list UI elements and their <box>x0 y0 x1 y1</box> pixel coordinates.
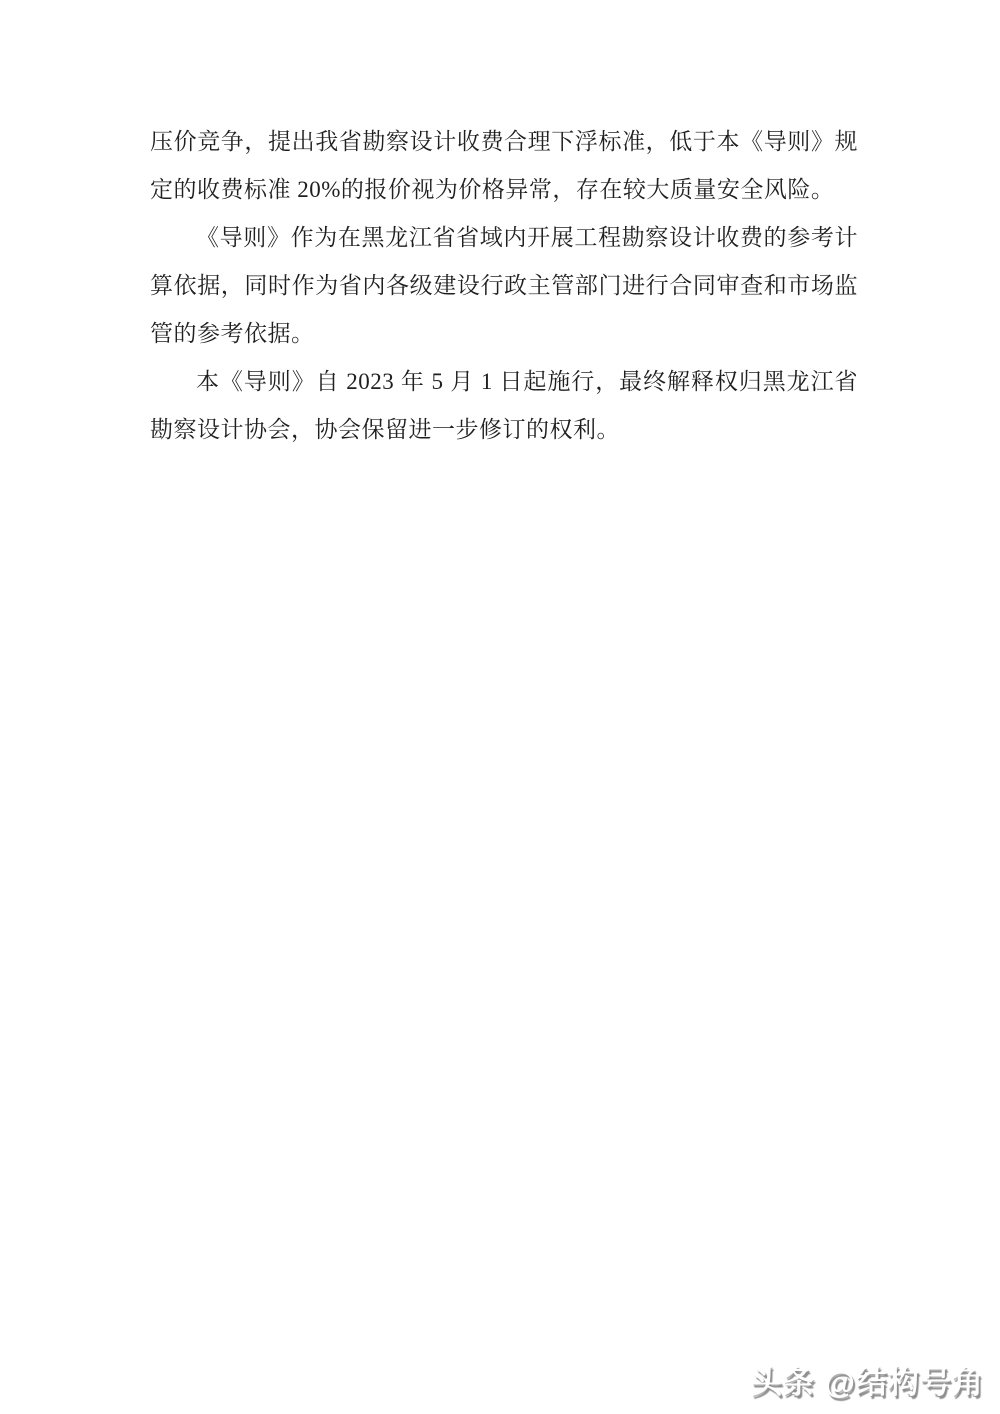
text-line: 压价竞争，提出我省勘察设计收费合理下浮标准，低于本《导则》规 <box>150 118 858 166</box>
document-page: 压价竞争，提出我省勘察设计收费合理下浮标准，低于本《导则》规 定的收费标准 20… <box>0 0 1000 1414</box>
text-line: 管的参考依据。 <box>150 310 858 358</box>
text-line: 《导则》作为在黑龙江省省域内开展工程勘察设计收费的参考计 <box>150 214 858 262</box>
text-line: 算依据，同时作为省内各级建设行政主管部门进行合同审查和市场监 <box>150 262 858 310</box>
watermark: 头条 @结构号角 <box>751 1357 984 1402</box>
text-line: 定的收费标准 20%的报价视为价格异常，存在较大质量安全风险。 <box>150 166 858 214</box>
text-line: 勘察设计协会，协会保留进一步修订的权利。 <box>150 406 858 454</box>
text-line: 本《导则》自 2023 年 5 月 1 日起施行，最终解释权归黑龙江省 <box>150 358 858 406</box>
document-body-text: 压价竞争，提出我省勘察设计收费合理下浮标准，低于本《导则》规 定的收费标准 20… <box>150 118 858 454</box>
